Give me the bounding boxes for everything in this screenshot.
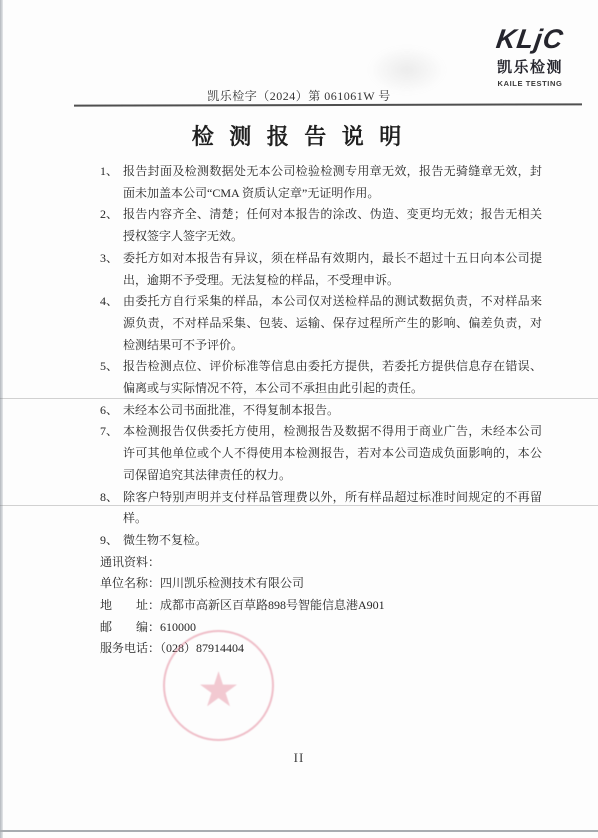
note-item-number: 9、 (100, 530, 118, 552)
company-logo: KLjC 凯乐检测 KAILE TESTING (486, 26, 574, 88)
contact-row-address: 地 址：成都市高新区百草路898号智能信息港A901 (100, 595, 542, 617)
note-item-text: 本检测报告仅供委托方使用，检测报告及数据不得用于商业广告，未经本公司许可其他单位… (123, 424, 542, 481)
note-item-text: 报告封面及检测数据处无本公司检验检测专用章无效，报告无骑缝章无效，封面未加盖本公… (123, 164, 542, 200)
scan-bottom-edge (0, 830, 598, 832)
document-number: 凯乐检字（2024）第 061061W 号 (0, 87, 598, 104)
note-item-text: 由委托方自行采集的样品，本公司仅对送检样品的测试数据负责，不对样品来源负责，不对… (123, 294, 542, 351)
contact-label: 单位名称： (100, 576, 160, 590)
note-item-number: 5、 (100, 356, 118, 378)
contact-value: 610000 (160, 620, 196, 634)
contact-section-heading: 通讯资料： (100, 552, 542, 574)
note-item-number: 1、 (100, 161, 118, 183)
page-number: II (0, 750, 598, 766)
note-item: 5、报告检测点位、评价标准等信息由委托方提供，若委托方提供信息存在错误、偏离或与… (100, 356, 542, 399)
note-item-number: 2、 (100, 204, 118, 226)
contact-value: 四川凯乐检测技术有限公司 (160, 576, 304, 590)
note-item-text: 除客户特别声明并支付样品管理费以外，所有样品超过标准时间规定的不再留样。 (123, 490, 542, 526)
note-item: 7、本检测报告仅供委托方使用，检测报告及数据不得用于商业广告，未经本公司许可其他… (100, 421, 542, 486)
note-item-text: 报告检测点位、评价标准等信息由委托方提供，若委托方提供信息存在错误、偏离或与实际… (123, 359, 542, 395)
star-icon: ★ (165, 636, 272, 743)
contact-label: 邮 编： (100, 620, 160, 634)
note-item: 8、除客户特别声明并支付样品管理费以外，所有样品超过标准时间规定的不再留样。 (100, 487, 542, 530)
red-seal-stamp: ★ (163, 630, 274, 741)
page-title: 检 测 报 告 说 明 (0, 120, 598, 151)
note-item: 4、由委托方自行采集的样品，本公司仅对送检样品的测试数据负责，不对样品来源负责，… (100, 291, 542, 356)
note-item: 6、未经本公司书面批准，不得复制本报告。 (100, 400, 542, 422)
contact-label: 地 址： (100, 598, 160, 612)
contact-row-company: 单位名称：四川凯乐检测技术有限公司 (100, 573, 542, 595)
note-item: 3、委托方如对本报告有异议，须在样品有效期内，最长不超过十五日向本公司提出，逾期… (100, 248, 542, 291)
note-item: 1、报告封面及检测数据处无本公司检验检测专用章无效，报告无骑缝章无效，封面未加盖… (100, 161, 542, 204)
note-item: 2、报告内容齐全、清楚；任何对本报告的涂改、伪造、变更均无效；报告无相关授权签字… (100, 204, 542, 247)
note-item-text: 未经本公司书面批准，不得复制本报告。 (123, 403, 339, 417)
note-item-text: 微生物不复检。 (123, 533, 207, 547)
logo-brand-mark: KLjC (484, 26, 576, 53)
contact-label: 服务电话： (100, 641, 160, 655)
note-item-number: 3、 (100, 248, 118, 270)
note-item-number: 6、 (100, 400, 118, 422)
note-item-text: 报告内容齐全、清楚；任何对本报告的涂改、伪造、变更均无效；报告无相关授权签字人签… (123, 207, 542, 243)
scan-fold-line (0, 505, 598, 506)
notes-body: 1、报告封面及检测数据处无本公司检验检测专用章无效，报告无骑缝章无效，封面未加盖… (100, 161, 542, 660)
note-item: 9、微生物不复检。 (100, 530, 542, 552)
note-item-number: 4、 (100, 291, 118, 313)
contact-value: 成都市高新区百草路898号智能信息港A901 (160, 598, 385, 612)
note-item-number: 7、 (100, 421, 118, 443)
logo-company-name-cn: 凯乐检测 (486, 56, 574, 77)
report-notes-page: KLjC 凯乐检测 KAILE TESTING 凯乐检字（2024）第 0610… (0, 0, 598, 838)
header-rule (74, 103, 582, 106)
note-item-text: 委托方如对本报告有异议，须在样品有效期内，最长不超过十五日向本公司提出，逾期不予… (123, 251, 542, 287)
scan-fold-line (0, 398, 598, 399)
